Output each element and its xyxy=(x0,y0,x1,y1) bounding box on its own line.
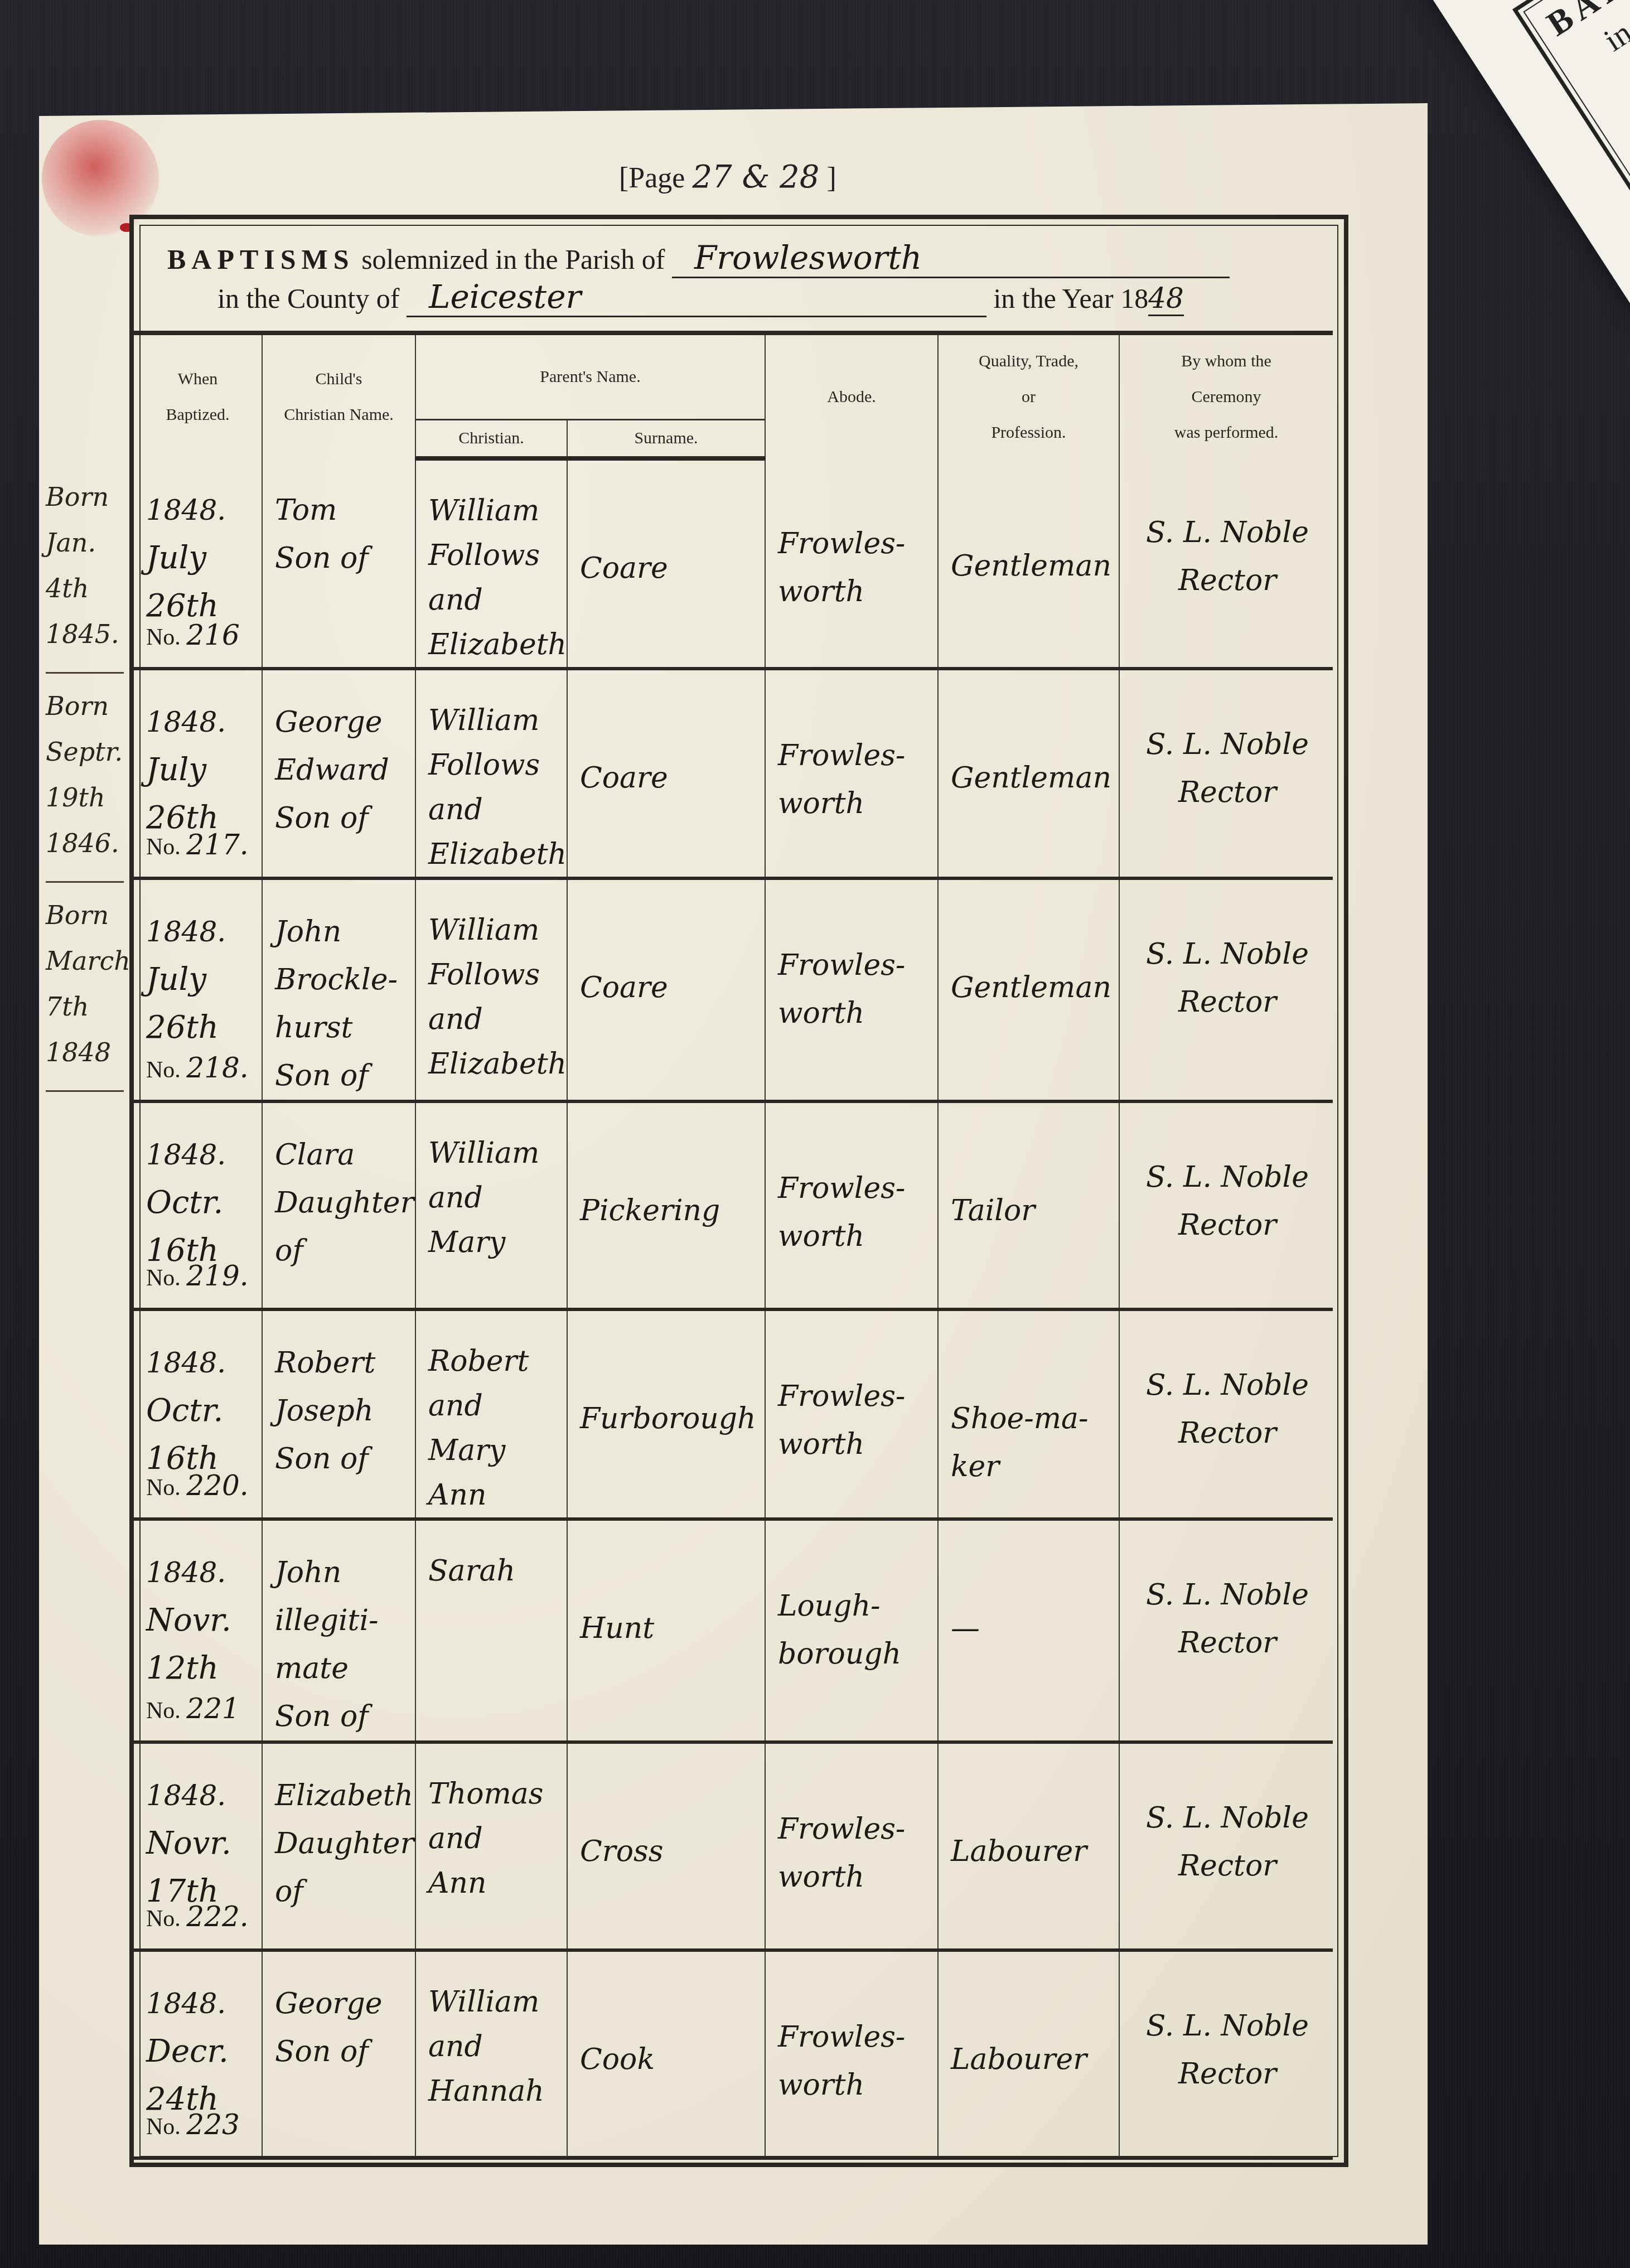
cell-abode: Frowles-worth xyxy=(765,1309,938,1519)
birth-date-margin-note: BornJan. 4th1845. xyxy=(46,474,124,657)
cell-child-name: ElizabethDaughterof xyxy=(262,1742,415,1950)
baptism-entry-row: 1848. Novr. 12th No. 221 Johnillegiti-ma… xyxy=(134,1519,1333,1742)
cell-child-name: GeorgeEdwardSon of xyxy=(262,669,415,878)
cell-quality: Labourer xyxy=(938,1742,1119,1950)
cell-parent-surname: Coare xyxy=(567,669,765,878)
col-header-abode: Abode. xyxy=(765,333,938,458)
baptism-entry-row: 1848. Novr. 17th No. 222. ElizabethDaugh… xyxy=(134,1742,1333,1950)
cell-by-whom: S. L. NobleRector xyxy=(1119,1309,1333,1519)
entry-number: No. 223 xyxy=(146,2109,240,2141)
baptism-year: 1848. xyxy=(146,1339,251,1387)
cell-quality: Gentleman xyxy=(938,669,1119,878)
baptism-date: Octr. 16th xyxy=(146,1387,251,1483)
register-subheading: in the County of Leicester in the Year 1… xyxy=(217,278,1184,317)
cell-parent-surname: Pickering xyxy=(567,1101,765,1309)
cell-when-baptized: 1848. July 26th No. 218. xyxy=(134,878,262,1101)
cell-quality: — xyxy=(938,1519,1119,1742)
cell-parent-christian: ThomasandAnn xyxy=(415,1742,567,1950)
baptism-entry-row: 1848. Decr. 24th No. 223 GeorgeSon of Wi… xyxy=(134,1950,1333,2158)
baptism-date: July 26th xyxy=(146,956,251,1052)
parish-name: Frowlesworth xyxy=(672,239,1230,278)
baptism-year: 1848. xyxy=(146,1549,251,1597)
entry-number: No. 220. xyxy=(146,1469,249,1502)
cell-when-baptized: 1848. Octr. 16th No. 220. xyxy=(134,1309,262,1519)
register-year: 48 xyxy=(1148,282,1184,316)
baptism-year: 1848. xyxy=(146,1131,251,1179)
cell-parent-christian: WilliamFollowsandElizabeth xyxy=(415,669,567,878)
margin-divider xyxy=(46,672,124,674)
cell-when-baptized: 1848. Octr. 16th No. 219. xyxy=(134,1101,262,1309)
baptism-year: 1848. xyxy=(146,1772,251,1820)
cell-when-baptized: 1848. Novr. 12th No. 221 xyxy=(134,1519,262,1742)
cell-abode: Frowles-worth xyxy=(765,669,938,878)
baptism-register-form: BAPTISMS solemnized in the Parish of Fro… xyxy=(129,215,1348,2167)
cell-by-whom: S. L. NobleRector xyxy=(1119,458,1333,669)
col-header-child: Child's Christian Name. xyxy=(262,333,415,458)
baptism-entry-row: 1848. Octr. 16th No. 220. RobertJosephSo… xyxy=(134,1309,1333,1519)
cell-abode: Frowles-worth xyxy=(765,458,938,669)
cell-parent-surname: Coare xyxy=(567,458,765,669)
col-header-parent-surname: Surname. xyxy=(567,420,765,459)
heading-baptisms: BAPTISMS xyxy=(167,244,355,275)
cell-abode: Frowles-worth xyxy=(765,1742,938,1950)
cell-parent-surname: Cook xyxy=(567,1950,765,2158)
col-header-quality: Quality, Trade, or Profession. xyxy=(938,333,1119,458)
entry-number: No. 219. xyxy=(146,1260,249,1292)
cell-parent-christian: WilliamFollowsandElizabeth xyxy=(415,458,567,669)
cell-child-name: GeorgeSon of xyxy=(262,1950,415,2158)
cell-abode: Lough-borough xyxy=(765,1519,938,1742)
cell-when-baptized: 1848. July 26th No. 216 xyxy=(134,458,262,669)
cell-parent-christian: WilliamandHannah xyxy=(415,1950,567,2158)
baptism-entry-row: 1848. Octr. 16th No. 219. ClaraDaughtero… xyxy=(134,1101,1333,1309)
cell-by-whom: S. L. NobleRector xyxy=(1119,878,1333,1101)
cell-child-name: Johnillegiti-mateSon of xyxy=(262,1519,415,1742)
cell-by-whom: S. L. NobleRector xyxy=(1119,1950,1333,2158)
cell-parent-christian: WilliamFollowsandElizabeth xyxy=(415,878,567,1101)
baptism-year: 1848. xyxy=(146,486,251,534)
cell-by-whom: S. L. NobleRector xyxy=(1119,1519,1333,1742)
baptism-entry-row: 1848. July 26th No. 217. GeorgeEdwardSon… xyxy=(134,669,1333,878)
cell-quality: Tailor xyxy=(938,1101,1119,1309)
cell-quality: Gentleman xyxy=(938,878,1119,1101)
cell-abode: Frowles-worth xyxy=(765,1101,938,1309)
margin-divider xyxy=(46,1090,124,1092)
col-header-parent-christian: Christian. xyxy=(415,420,567,459)
entry-number: No. 218. xyxy=(146,1052,249,1084)
page-number: 27 & 28 xyxy=(692,159,819,195)
baptism-year: 1848. xyxy=(146,1980,251,2028)
margin-divider xyxy=(46,881,124,883)
cell-abode: Frowles-worth xyxy=(765,1950,938,2158)
cell-by-whom: S. L. NobleRector xyxy=(1119,1101,1333,1309)
cell-quality: Shoe-ma-ker xyxy=(938,1309,1119,1519)
baptism-entry-row: 1848. July 26th No. 216 TomSon of Willia… xyxy=(134,458,1333,669)
baptism-year: 1848. xyxy=(146,908,251,956)
birth-date-margin-note: BornMarch 7th1848 xyxy=(46,892,124,1075)
cell-child-name: TomSon of xyxy=(262,458,415,669)
county-name: Leicester xyxy=(407,278,986,317)
cell-child-name: RobertJosephSon of xyxy=(262,1309,415,1519)
page-number-label: [Page 27 & 28 ] xyxy=(619,159,836,195)
cell-parent-christian: WilliamandMary xyxy=(415,1101,567,1309)
baptism-entry-row: 1848. July 26th No. 218. JohnBrockle-hur… xyxy=(134,878,1333,1101)
entry-number: No. 222. xyxy=(146,1901,249,1933)
baptism-year: 1848. xyxy=(146,698,251,746)
baptism-date: Novr. 12th xyxy=(146,1597,251,1692)
cell-child-name: ClaraDaughterof xyxy=(262,1101,415,1309)
cell-when-baptized: 1848. Novr. 17th No. 222. xyxy=(134,1742,262,1950)
col-header-by-whom: By whom the Ceremony was performed. xyxy=(1119,333,1333,458)
cell-when-baptized: 1848. Decr. 24th No. 223 xyxy=(134,1950,262,2158)
col-header-when: When Baptized. xyxy=(134,333,262,458)
cell-quality: Gentleman xyxy=(938,458,1119,669)
col-header-parents: Parent's Name. xyxy=(415,333,765,420)
cell-quality: Labourer xyxy=(938,1950,1119,2158)
cell-parent-surname: Hunt xyxy=(567,1519,765,1742)
entry-number: No. 221 xyxy=(146,1692,240,1725)
register-heading: BAPTISMS solemnized in the Parish of Fro… xyxy=(167,239,1230,278)
cell-parent-christian: RobertandMary Ann xyxy=(415,1309,567,1519)
baptism-date: July 26th xyxy=(146,534,251,630)
cell-child-name: JohnBrockle-hurstSon of xyxy=(262,878,415,1101)
entry-number: No. 216 xyxy=(146,619,240,651)
cell-parent-christian: Sarah xyxy=(415,1519,567,1742)
baptism-table: When Baptized. Child's Christian Name. P… xyxy=(134,331,1333,2160)
birth-date-margin-note: BornSeptr. 19th1846. xyxy=(46,683,124,866)
cell-when-baptized: 1848. July 26th No. 217. xyxy=(134,669,262,878)
cell-by-whom: S. L. NobleRector xyxy=(1119,669,1333,878)
entry-number: No. 217. xyxy=(146,829,249,861)
cell-parent-surname: Cross xyxy=(567,1742,765,1950)
baptism-date: July 26th xyxy=(146,746,251,842)
cell-parent-surname: Furborough xyxy=(567,1309,765,1519)
cell-abode: Frowles-worth xyxy=(765,878,938,1101)
cell-parent-surname: Coare xyxy=(567,878,765,1101)
cell-by-whom: S. L. NobleRector xyxy=(1119,1742,1333,1950)
